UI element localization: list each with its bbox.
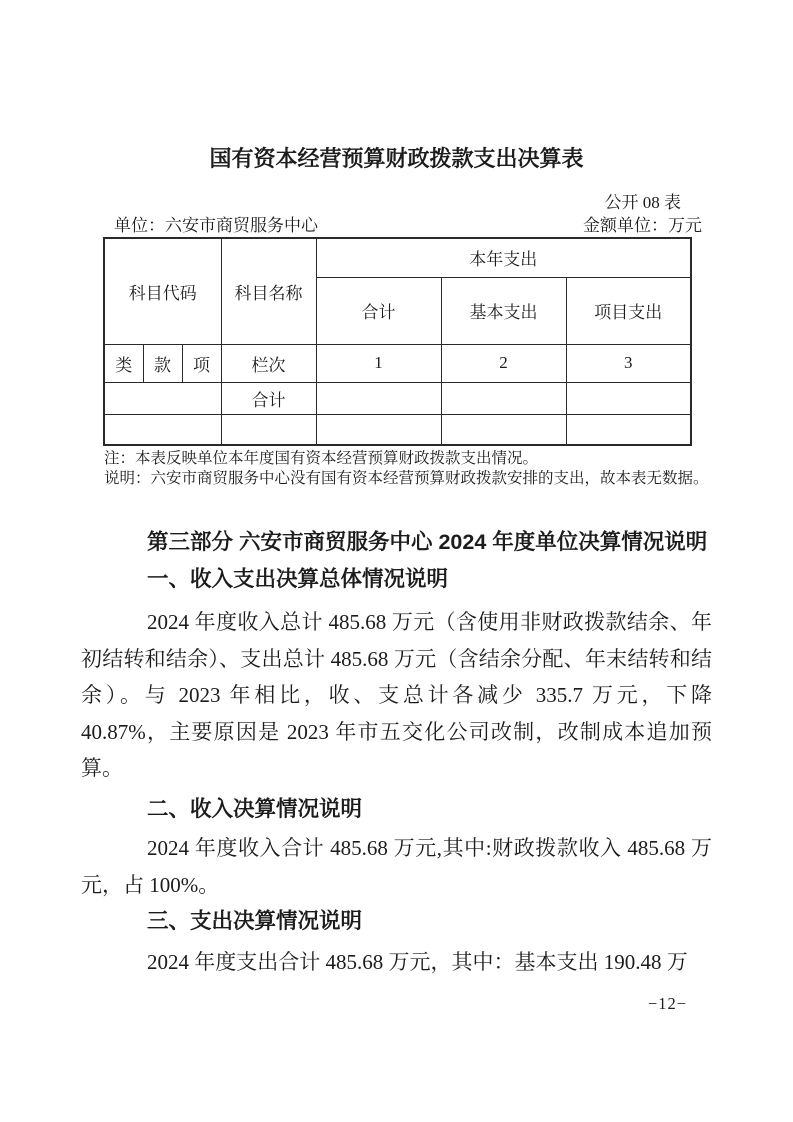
- header-basic-expenditure: 基本支出: [441, 277, 566, 344]
- cell-total: [316, 414, 441, 445]
- cell-code: [104, 414, 221, 445]
- header-total: 合计: [316, 277, 441, 344]
- heading-expenditure: 三、支出决算情况说明: [81, 903, 712, 940]
- page-title: 国有资本经营预算财政拨款支出决算表: [0, 145, 793, 173]
- table-code-label: 公开 08 表: [81, 188, 681, 213]
- unit-label: 单位：六安市商贸服务中心: [114, 211, 318, 236]
- cell-basic: [441, 414, 566, 445]
- amount-unit-label: 金额单位：万元: [583, 211, 702, 236]
- subheader-category: 类: [104, 344, 143, 382]
- table-meta-row: 单位：六安市商贸服务中心 金额单位：万元: [114, 211, 702, 236]
- cell-name: [221, 414, 316, 445]
- column-index-3: 3: [566, 344, 691, 382]
- explanation-line: 说明：六安市商贸服务中心没有国有资本经营预算财政拨款安排的支出，故本表无数据。: [104, 469, 710, 489]
- cell-project: [566, 414, 691, 445]
- part-three-heading: 第三部分 六安市商贸服务中心 2024 年度单位决算情况说明: [81, 524, 712, 561]
- paragraph-income: 2024 年度收入合计 485.68 万元,其中:财政拨款收入 485.68 万…: [81, 830, 712, 903]
- header-subject-name: 科目名称: [221, 238, 316, 344]
- table-notes: 注：本表反映单位本年度国有资本经营预算财政拨款支出情况。 说明：六安市商贸服务中…: [104, 449, 710, 488]
- column-index-1: 1: [316, 344, 441, 382]
- cell-total: [316, 382, 441, 414]
- heading-income: 二、收入决算情况说明: [81, 791, 712, 828]
- column-index-2: 2: [441, 344, 566, 382]
- cell-basic: [441, 382, 566, 414]
- subheader-section: 款: [143, 344, 182, 382]
- header-current-year-expenditure: 本年支出: [316, 238, 691, 277]
- header-subject-code: 科目代码: [104, 238, 221, 344]
- document-page: 国有资本经营预算财政拨款支出决算表 公开 08 表 单位：六安市商贸服务中心 金…: [0, 0, 793, 1122]
- subheader-column-label: 栏次: [221, 344, 316, 382]
- heading-overview: 一、收入支出决算总体情况说明: [81, 561, 712, 598]
- paragraph-expenditure: 2024 年度支出合计 485.68 万元，其中：基本支出 190.48 万: [81, 944, 712, 981]
- cell-code: [104, 382, 221, 414]
- cell-name: 合计: [221, 382, 316, 414]
- narrative-section: 第三部分 六安市商贸服务中心 2024 年度单位决算情况说明 一、收入支出决算总…: [81, 524, 712, 980]
- accounts-table: 科目代码 科目名称 本年支出 合计 基本支出 项目支出 类 款 项 栏次 1 2…: [103, 237, 692, 446]
- page-number: −12−: [648, 994, 687, 1014]
- header-project-expenditure: 项目支出: [566, 277, 691, 344]
- table-row: 合计: [104, 382, 691, 414]
- cell-project: [566, 382, 691, 414]
- note-line: 注：本表反映单位本年度国有资本经营预算财政拨款支出情况。: [104, 449, 710, 469]
- table-row: [104, 414, 691, 445]
- subheader-item: 项: [182, 344, 221, 382]
- paragraph-overview: 2024 年度收入总计 485.68 万元（含使用非财政拨款结余、年初结转和结余…: [81, 604, 712, 787]
